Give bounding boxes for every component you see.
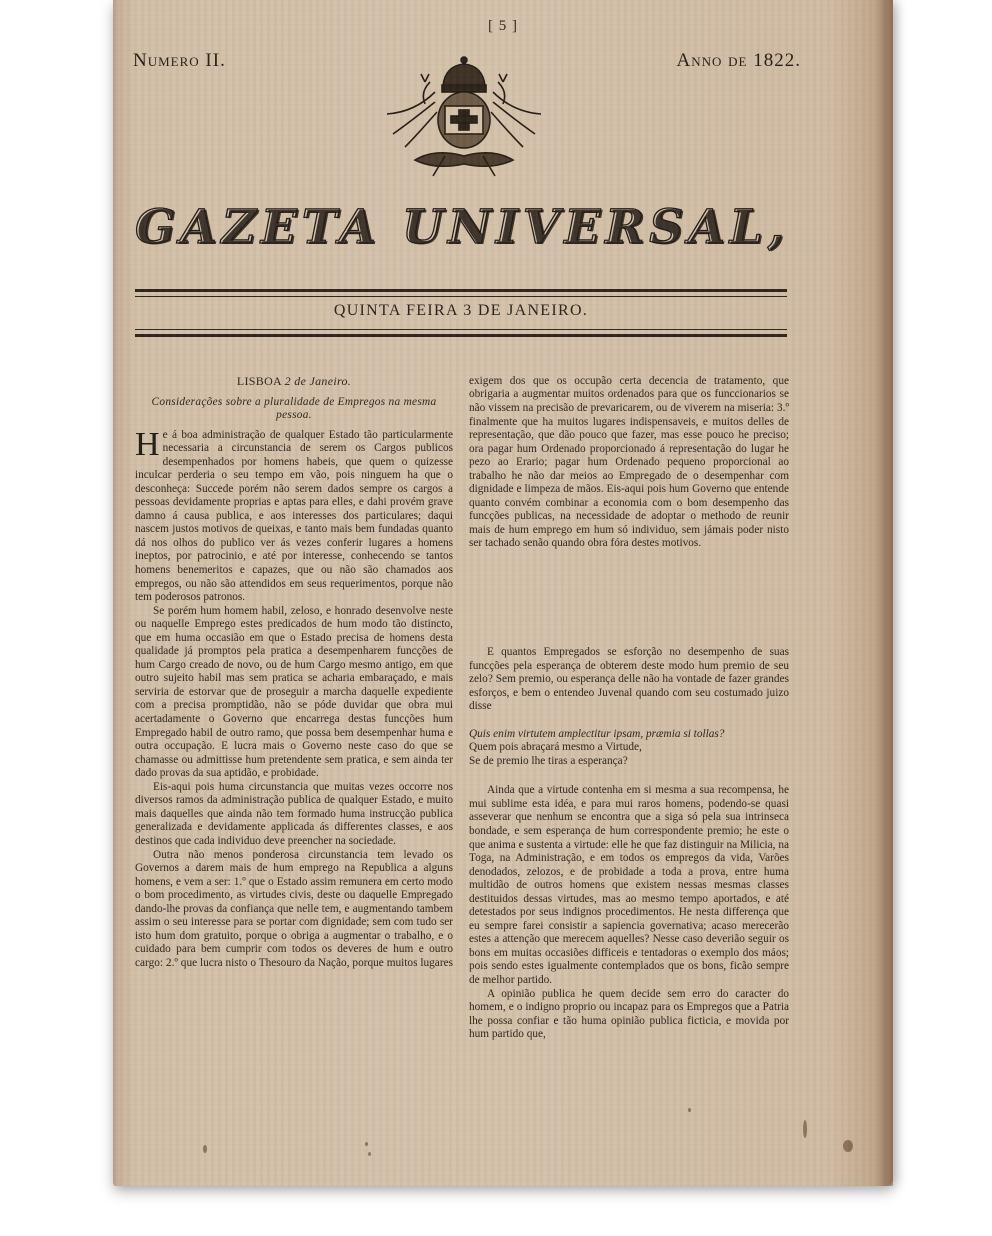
rule-divider xyxy=(135,296,787,297)
issue-number: Numero II. xyxy=(133,50,226,72)
article-paragraph: E quantos Empregados se esforção no dese… xyxy=(469,646,789,714)
article-paragraph: Outra não menos ponderosa circunstancia … xyxy=(135,849,453,969)
verse-line: Quem pois abraçará mesmo a Virtude, xyxy=(469,741,789,755)
rule-divider xyxy=(135,329,787,330)
issue-year: Anno de 1822. xyxy=(677,50,801,72)
column-right: Outra não menos ponderosa circunstancia … xyxy=(469,375,789,1042)
dropcap: H xyxy=(135,431,160,459)
paper-stain xyxy=(688,1108,691,1112)
article-date: 2 de Janeiro. xyxy=(285,374,351,388)
paper-stain xyxy=(365,1142,368,1146)
royal-coat-of-arms-icon xyxy=(375,52,553,182)
dateline: QUINTA FEIRA 3 DE JANEIRO. xyxy=(135,302,787,320)
verse-latin: Quis enim virtutem amplectitur ipsam, pr… xyxy=(469,728,789,742)
rule-divider xyxy=(135,289,787,292)
paper-stain xyxy=(203,1145,207,1153)
paper-stain xyxy=(843,1140,853,1152)
article-place: LISBOA xyxy=(237,374,281,388)
masthead-title: GAZETA UNIVERSAL, xyxy=(135,200,793,255)
article-paragraph: He á boa administração de qualquer Estad… xyxy=(135,429,453,605)
article-paragraph-continued: Outra não menos ponderosa circunstancia … xyxy=(469,375,789,646)
article-paragraph: Se porém hum homem habil, zeloso, e honr… xyxy=(135,605,453,781)
paper-stain xyxy=(368,1152,371,1156)
article-paragraph: Eis-aqui pois huma circunstancia que mui… xyxy=(135,781,453,849)
verse-line: Se de premio lhe tiras a esperança? xyxy=(469,755,789,769)
newspaper-page: [ 5 ] Numero II. Anno de 1822. GAZETA UN… xyxy=(113,0,893,1186)
page-edge xyxy=(879,0,893,1186)
article-paragraph: Ainda que a virtude contenha em si mesma… xyxy=(469,784,789,987)
article-paragraph: A opinião publica he quem decide sem err… xyxy=(469,988,789,1042)
column-left: LISBOA 2 de Janeiro. Considerações sobre… xyxy=(135,375,453,969)
page-number: [ 5 ] xyxy=(113,18,893,35)
article-dateline: LISBOA 2 de Janeiro. xyxy=(135,375,453,389)
rule-divider xyxy=(135,334,787,337)
article-subtitle: Considerações sobre a pluralidade de Emp… xyxy=(149,396,439,422)
paper-stain xyxy=(803,1120,807,1138)
verse-quote: Quis enim virtutem amplectitur ipsam, pr… xyxy=(469,728,789,769)
